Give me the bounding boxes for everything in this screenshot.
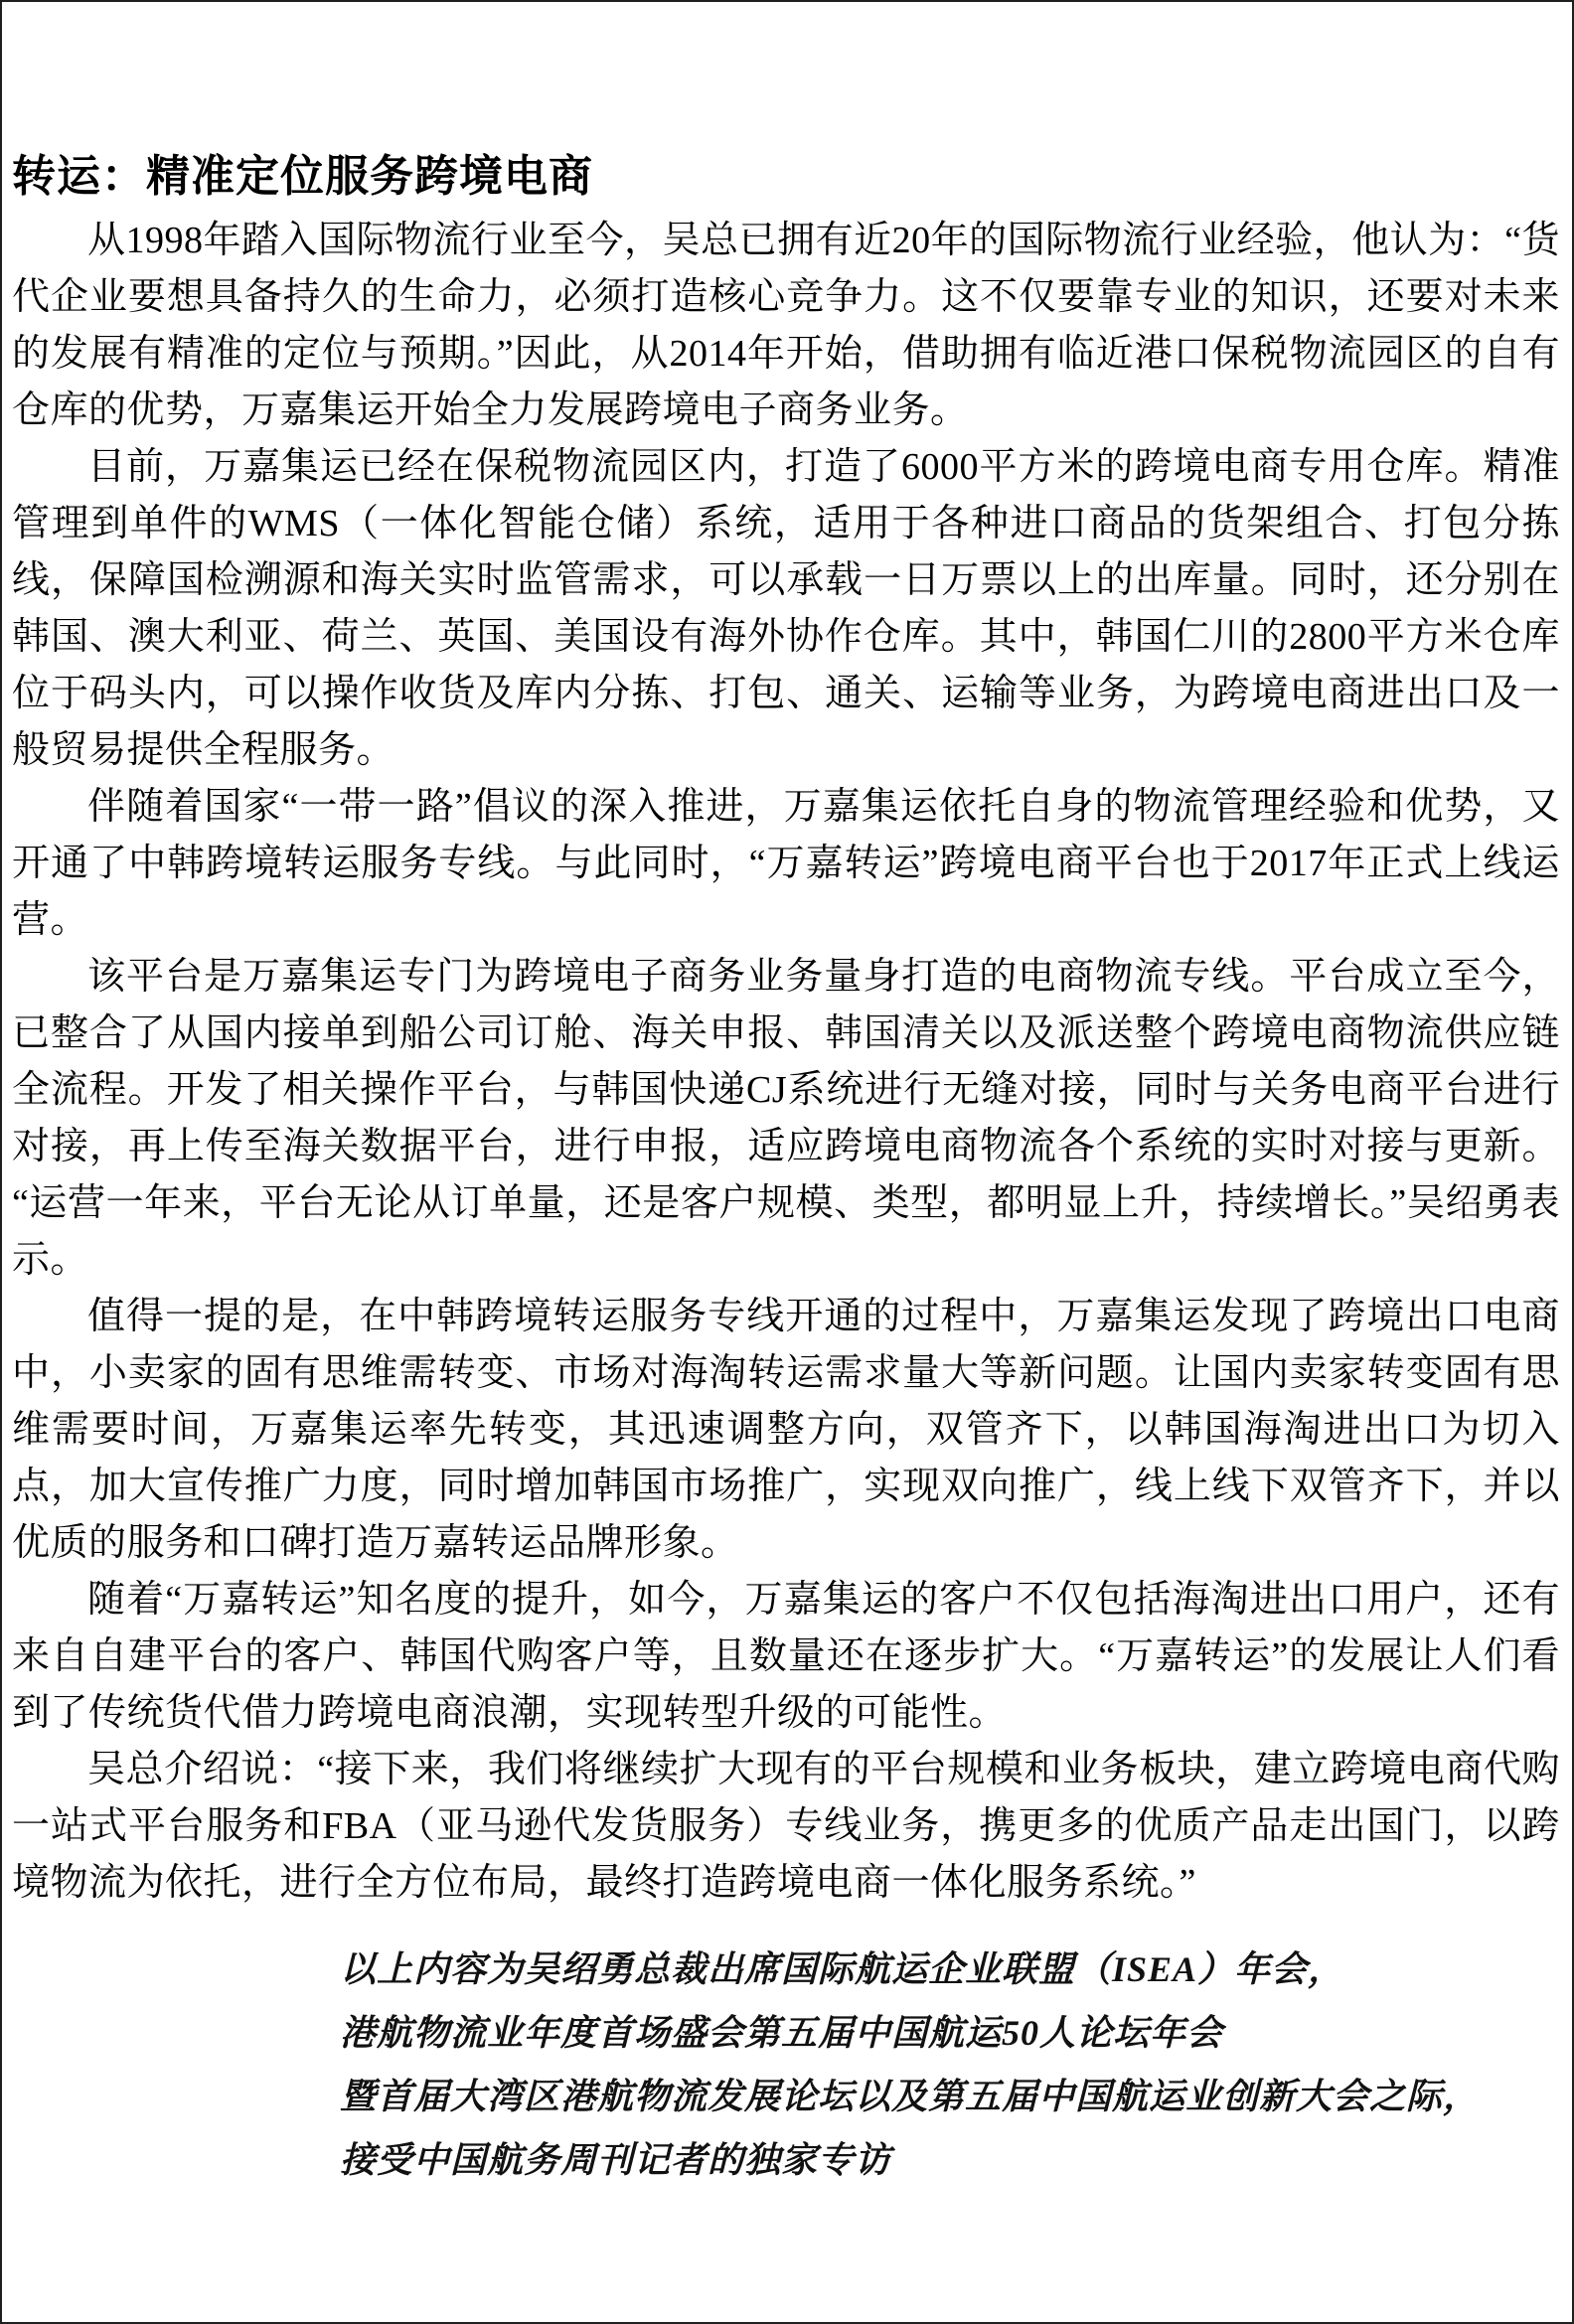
interview-attribution-note: 以上内容为吴绍勇总裁出席国际航运企业联盟（ISEA）年会， 港航物流业年度首场盛…: [12, 1937, 1560, 2192]
paragraph-6: 随着“万嘉转运”知名度的提升，如今，万嘉集运的客户不仅包括海淘进出口用户，还有来…: [12, 1572, 1560, 1742]
footer-line-2: 港航物流业年度首场盛会第五届中国航运50人论坛年会: [340, 2001, 1560, 2065]
paragraph-1: 从1998年踏入国际物流行业至今，吴总已拥有近20年的国际物流行业经验，他认为：…: [12, 213, 1560, 439]
paragraph-5: 值得一提的是，在中韩跨境转运服务专线开通的过程中，万嘉集运发现了跨境出口电商中，…: [12, 1289, 1560, 1572]
paragraph-2: 目前，万嘉集运已经在保税物流园区内，打造了6000平方米的跨境电商专用仓库。精准…: [12, 439, 1560, 779]
paragraph-7: 吴总介绍说：“接下来，我们将继续扩大现有的平台规模和业务板块，建立跨境电商代购一…: [12, 1742, 1560, 1912]
paragraph-3: 伴随着国家“一带一路”倡议的深入推进，万嘉集运依托自身的物流管理经验和优势，又开…: [12, 779, 1560, 949]
article-title: 转运：精准定位服务跨境电商: [12, 147, 1560, 207]
footer-line-4: 接受中国航务周刊记者的独家专访: [340, 2128, 1560, 2192]
article-body: 从1998年踏入国际物流行业至今，吴总已拥有近20年的国际物流行业经验，他认为：…: [12, 213, 1560, 1912]
article-content: 转运：精准定位服务跨境电商 从1998年踏入国际物流行业至今，吴总已拥有近20年…: [2, 2, 1572, 2192]
paragraph-4: 该平台是万嘉集运专门为跨境电子商务业务量身打造的电商物流专线。平台成立至今，已整…: [12, 949, 1560, 1289]
document-page: 转运：精准定位服务跨境电商 从1998年踏入国际物流行业至今，吴总已拥有近20年…: [0, 0, 1574, 2324]
footer-line-1: 以上内容为吴绍勇总裁出席国际航运企业联盟（ISEA）年会，: [340, 1937, 1560, 2001]
footer-line-3: 暨首届大湾区港航物流发展论坛以及第五届中国航运业创新大会之际，: [340, 2065, 1560, 2128]
